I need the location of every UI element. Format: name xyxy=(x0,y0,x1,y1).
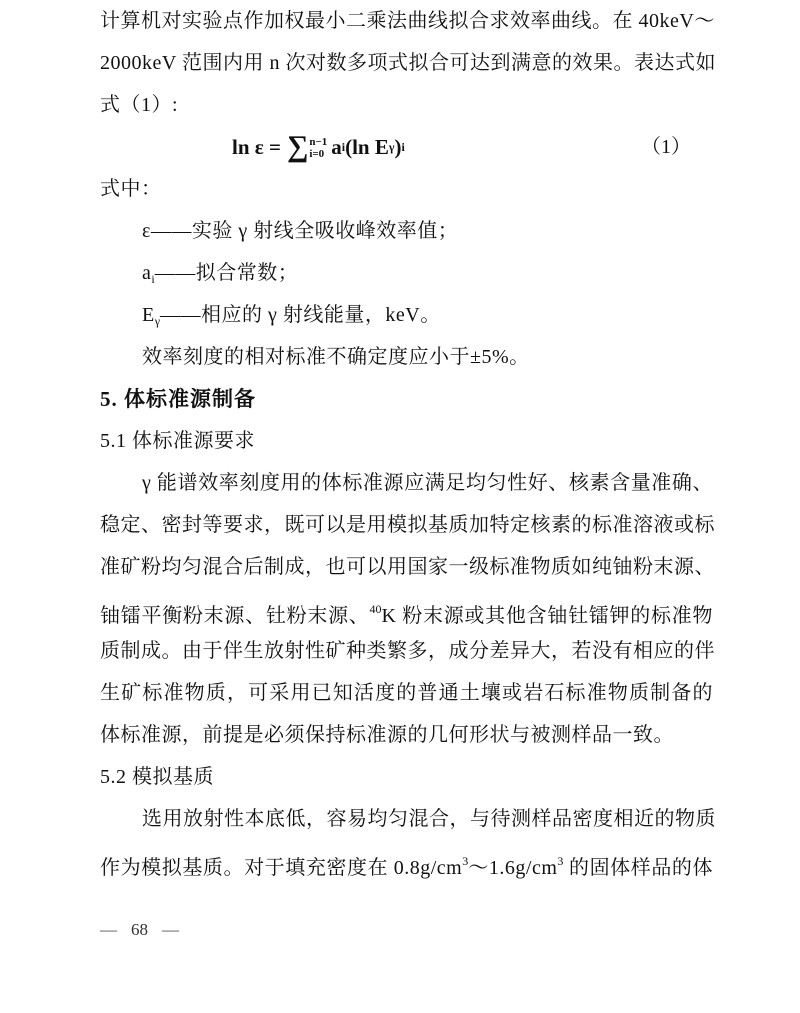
page-body: 计算机对实验点作加权最小二乘法曲线拟合求效率曲线。在 40keV～ 2000ke… xyxy=(100,0,713,882)
where-item-a: ai——拟合常数； xyxy=(100,252,713,294)
equation-coefficient: a xyxy=(331,126,342,168)
equation-number: （1） xyxy=(641,126,713,168)
sum-upper-limit: n−1 xyxy=(309,136,327,148)
equation-line: ln ε = ∑ n−1 i=0 a i ( ln E γ ) i （1） xyxy=(100,126,713,168)
where-item-energy: Eγ——相应的 γ 射线能量，keV。 xyxy=(100,294,713,336)
equation-inner-term: ln E xyxy=(352,126,389,168)
uncertainty-note: 效率刻度的相对标准不确定度应小于±5%。 xyxy=(100,336,713,378)
section5-1-line-5: 质制成。由于伴生放射性矿种类繁多，成分差异大，若没有相应的伴 xyxy=(100,630,713,672)
section5-1-line-1: γ 能谱效率刻度用的体标准源应满足均匀性好、核素含量准确、 xyxy=(100,462,713,504)
potassium-40-superscript: 40 xyxy=(370,602,382,616)
where-e-text: ——相应的 γ 射线能量，keV。 xyxy=(160,304,441,326)
section5-1-line-2: 稳定、密封等要求，既可以是用模拟基质加特定核素的标准溶液或标 xyxy=(100,504,713,546)
footer-left-dash: — xyxy=(100,920,117,940)
section5-1-line-6: 生矿标准物质，可采用已知活度的普通土壤或岩石标准物质制备的 xyxy=(100,672,713,714)
section-heading-5: 5. 体标准源制备 xyxy=(100,378,713,420)
section5-2-line-2-pre: 作为模拟基质。对于填充密度在 0.8g/cm xyxy=(100,857,462,879)
where-a-text: ——拟合常数； xyxy=(155,262,299,284)
where-e-base: E xyxy=(142,304,155,326)
paragraph-fit-line-2: 2000keV 范围内用 n 次对数多项式拟合可达到满意的效果。表达式如 xyxy=(100,42,713,84)
equation-lhs: ln ε = xyxy=(232,126,281,168)
section5-1-line-4-pre: 铀镭平衡粉末源、钍粉末源、 xyxy=(100,605,370,627)
where-label: 式中： xyxy=(100,168,713,210)
where-item-epsilon: ε——实验 γ 射线全吸收峰效率值； xyxy=(100,210,713,252)
section5-2-line-2-mid: ～1.6g/cm xyxy=(468,857,557,879)
sum-symbol: ∑ xyxy=(287,132,308,162)
page-footer: — 68 — xyxy=(100,920,179,940)
sum-lower-limit: i=0 xyxy=(309,148,327,160)
equation-body: ln ε = ∑ n−1 i=0 a i ( ln E γ ) i xyxy=(232,126,405,168)
page-number: 68 xyxy=(131,920,148,940)
section5-1-line-7: 体标准源，前提是必须保持标准源的几何形状与被测样品一致。 xyxy=(100,714,713,756)
where-a-base: a xyxy=(142,262,151,284)
footer-right-dash: — xyxy=(162,920,179,940)
sum-limits: n−1 i=0 xyxy=(309,136,327,160)
subsection-heading-5-1: 5.1 体标准源要求 xyxy=(100,420,713,462)
equation-close-paren: ) xyxy=(394,126,401,168)
section5-2-line-2-post: 的固体样品的体 xyxy=(563,857,713,879)
section5-1-line-4: 铀镭平衡粉末源、钍粉末源、40K 粉末源或其他含铀钍镭钾的标准物 xyxy=(100,588,713,630)
section5-2-line-2: 作为模拟基质。对于填充密度在 0.8g/cm3～1.6g/cm3 的固体样品的体 xyxy=(100,840,713,882)
equation-exponent: i xyxy=(401,126,404,168)
paragraph-fit-line-3: 式（1）: xyxy=(100,84,713,126)
section5-2-line-1: 选用放射性本底低，容易均匀混合，与待测样品密度相近的物质 xyxy=(100,798,713,840)
equation-open-paren: ( xyxy=(345,126,352,168)
paragraph-fit-line-1: 计算机对实验点作加权最小二乘法曲线拟合求效率曲线。在 40keV～ xyxy=(100,0,713,42)
subsection-heading-5-2: 5.2 模拟基质 xyxy=(100,756,713,798)
section5-1-line-3: 准矿粉均匀混合后制成，也可以用国家一级标准物质如纯铀粉末源、 xyxy=(100,546,713,588)
section5-1-line-4-post: K 粉末源或其他含铀钍镭钾的标准物 xyxy=(382,605,713,627)
document-page: 计算机对实验点作加权最小二乘法曲线拟合求效率曲线。在 40keV～ 2000ke… xyxy=(0,0,800,1013)
